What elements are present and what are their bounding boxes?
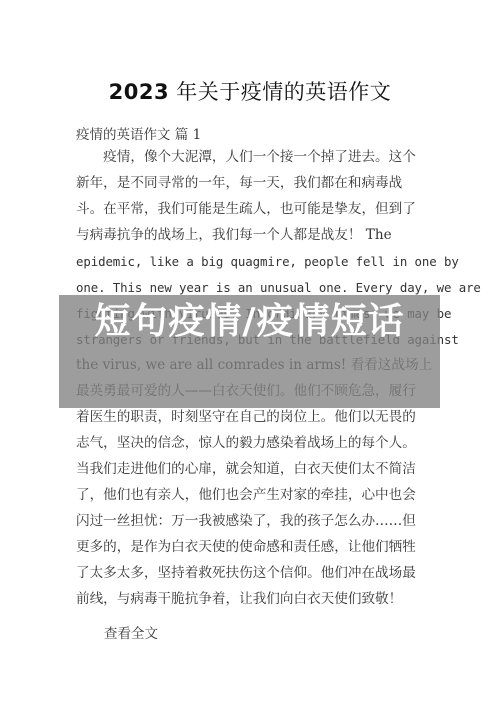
essay-line: 疫情，像个大泥潭，人们一个接一个掉了进去。这个 xyxy=(76,146,416,169)
essay-line: 当我们走进他们的心扉，就会知道，白衣天使们太不简洁 xyxy=(76,458,416,481)
essay-line: 斗。在平常，我们可能是生疏人，也可能是挚友，但到了 xyxy=(76,198,416,221)
essay-line: 前线，与病毒干脆抗争着，让我们向白衣天使们致敬！ xyxy=(76,588,402,611)
document-title: 2023 年关于疫情的英语作文 xyxy=(0,76,500,106)
title-text: 年关于疫情的英语作文 xyxy=(169,80,391,104)
title-year: 2023 xyxy=(109,80,169,104)
essay-line: 了太多太多，坚持着救死扶伤这个信仰。他们冲在战场最 xyxy=(76,562,416,585)
essay-line: 了，他们也有亲人，他们也会产生对家的牵挂，心中也会 xyxy=(76,484,416,507)
essay-line: 着医生的职责，时刻坚守在自己的岗位上。他们以无畏的 xyxy=(76,406,416,429)
essay-line: epidemic, like a big quagmire, people fe… xyxy=(76,250,459,273)
essay-line: 新年，是不同寻常的一年，每一天，我们都在和病毒战 xyxy=(76,172,402,195)
essay-line: 更多的，是作为白衣天使的使命感和责任感，让他们牺牲 xyxy=(76,536,416,559)
essay-line: 与病毒抗争的战场上，我们每一个人都是战友！ The xyxy=(76,224,392,247)
view-full-text-link[interactable]: 查看全文 xyxy=(104,622,158,642)
section-subtitle: 疫情的英语作文 篇 1 xyxy=(76,123,201,143)
essay-line: 闪过一丝担忧：万一我被感染了，我的孩子怎么办……但 xyxy=(76,510,416,533)
essay-line: 志气，坚决的信念，惊人的毅力感染着战场上的每个人。 xyxy=(76,432,416,455)
overlay-title: 短句疫情/疫情短话 xyxy=(59,299,440,345)
document-page: 2023 年关于疫情的英语作文 疫情的英语作文 篇 1 疫情，像个大泥潭，人们一… xyxy=(0,0,500,706)
